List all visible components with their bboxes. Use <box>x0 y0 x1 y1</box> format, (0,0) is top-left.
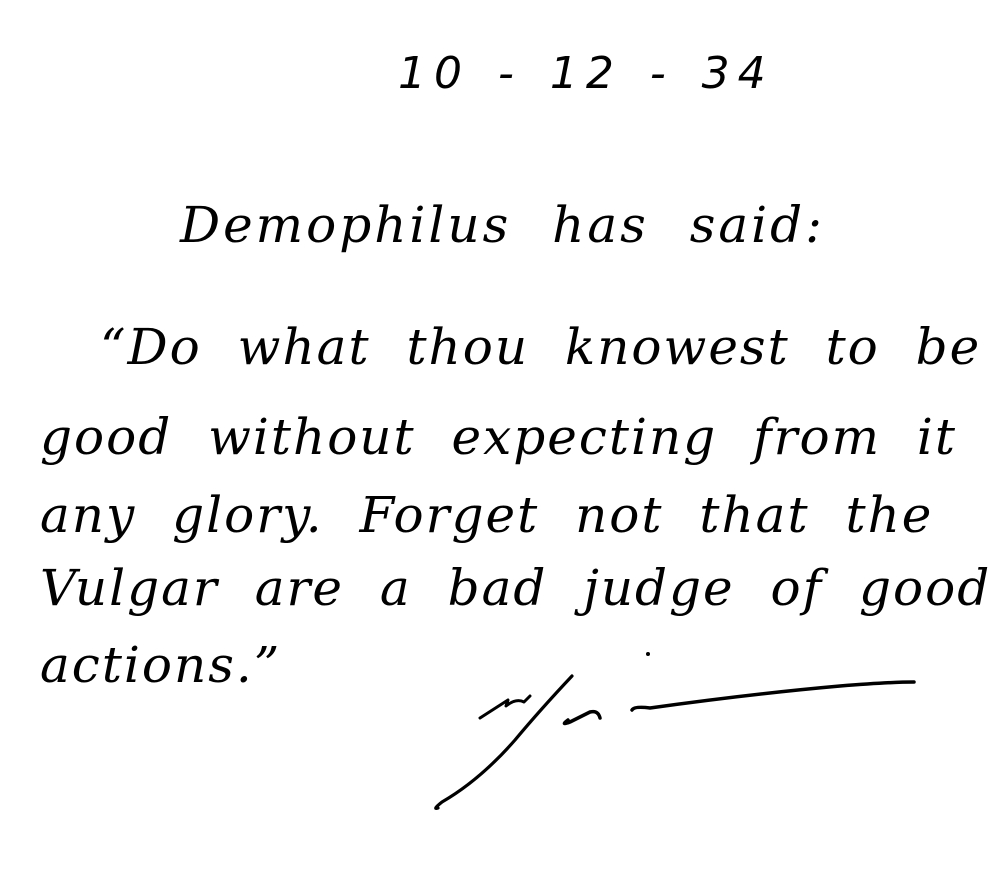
signature-mark <box>420 650 940 820</box>
note-heading: Demophilus has said: <box>180 200 825 250</box>
quote-line-4: Vulgar are a bad judge of good <box>40 563 990 613</box>
note-date: 10 - 12 - 34 <box>398 52 774 96</box>
quote-line-2: good without expecting from it <box>40 412 957 462</box>
quote-line-1: “Do what thou knowest to be <box>100 322 981 372</box>
quote-line-3: any glory. Forget not that the <box>40 490 933 540</box>
handwritten-note-page: 10 - 12 - 34 Demophilus has said: “Do wh… <box>0 0 990 880</box>
quote-line-5: actions.” <box>40 640 281 690</box>
